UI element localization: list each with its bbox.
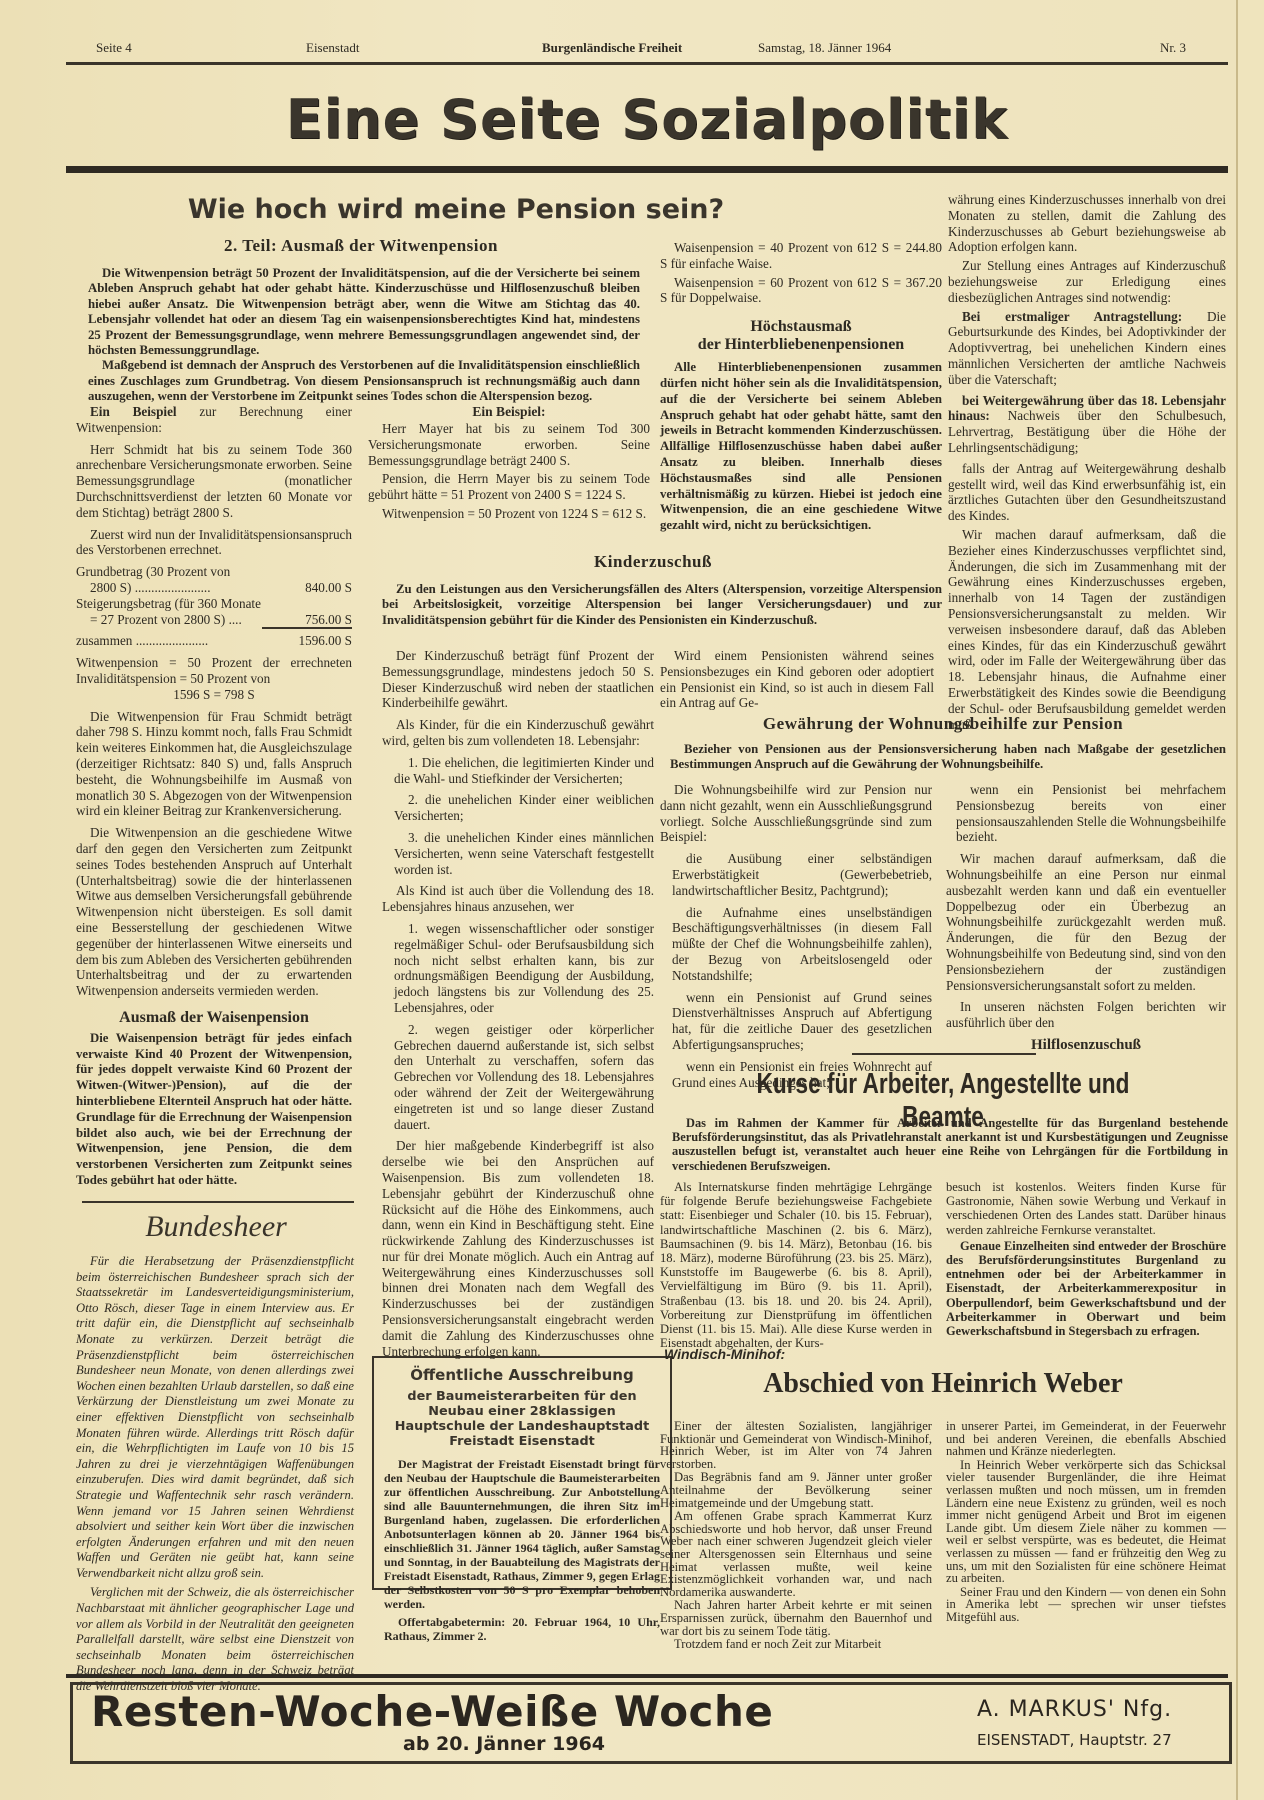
- masthead-rule: [66, 62, 1228, 65]
- wohnungsbeihilfe-lead: Bezieher von Pensionen aus der Pensionsv…: [670, 742, 1226, 773]
- kinderzuschuss-column-2: Wird einem Pensionisten während seines P…: [660, 648, 934, 717]
- pension-article-subtitle: 2. Teil: Ausmaß der Witwenpension: [96, 236, 626, 256]
- waisen-heading: Ausmaß der Waisenpension: [76, 1009, 352, 1027]
- wohnungsbeihilfe-heading: Gewährung der Wohnungsbeihilfe zur Pensi…: [660, 714, 1226, 734]
- section-divider: [82, 1201, 354, 1203]
- kinderzuschuss-heading: Kinderzuschuß: [368, 552, 938, 572]
- weber-kicker: Windisch-Minihof:: [664, 1346, 785, 1362]
- ad-top-rule: [66, 1674, 1228, 1678]
- bundesheer-heading: Bundesheer: [76, 1210, 356, 1244]
- wohnungsbeihilfe-column-1: Die Wohnungsbeihilfe wird zur Pension nu…: [660, 782, 932, 1096]
- weber-column-1: Einer der ältesten Sozialisten, langjähr…: [660, 1420, 932, 1651]
- pension-article-title: Wie hoch wird meine Pension sein?: [96, 194, 816, 225]
- masthead-date: Samstag, 18. Jänner 1964: [758, 40, 891, 56]
- page-number: Seite 4: [96, 40, 132, 56]
- kurse-lead: Das im Rahmen der Kammer für Arbeiter un…: [672, 1116, 1228, 1173]
- masthead-issue: Nr. 3: [1160, 40, 1186, 56]
- section-divider: [852, 1053, 1036, 1055]
- ad-shop-name: A. MARKUS' Nfg.: [977, 1697, 1172, 1722]
- ad-headline: Resten-Woche-Weiße Woche: [91, 1687, 773, 1736]
- kinderzuschuss-column-right: währung eines Kinderzuschusses innerhalb…: [948, 192, 1226, 738]
- kurse-column-2: besuch ist kostenlos. Weiters finden Kur…: [946, 1180, 1226, 1344]
- banner-rule: [66, 166, 1228, 173]
- weber-column-2: in unserer Partei, im Gemeinderat, in de…: [946, 1420, 1226, 1624]
- ad-date: ab 20. Jänner 1964: [403, 1733, 605, 1755]
- wohnungsbeihilfe-column-2: wenn ein Pensionist bei mehrfachem Pensi…: [946, 782, 1226, 1054]
- example2-continued: Waisenpension = 40 Prozent von 612 S = 2…: [660, 240, 942, 540]
- kurse-column-1: Als Internatskurse finden mehrtägige Leh…: [660, 1180, 932, 1356]
- example1-intro: Ein Beispiel zur Berechnung einer Witwen…: [76, 404, 352, 436]
- pension-column-1: Ein Beispiel zur Berechnung einer Witwen…: [76, 404, 352, 1195]
- public-tender-notice: Öffentliche Ausschreibung der Baumeister…: [372, 1356, 672, 1590]
- newspaper-page: Seite 4 Eisenstadt Burgenländische Freih…: [0, 0, 1238, 1800]
- advertisement: Resten-Woche-Weiße Woche ab 20. Jänner 1…: [70, 1682, 1232, 1764]
- example2: Ein Beispiel: Herr Mayer hat bis zu sein…: [368, 404, 650, 525]
- pension-lead: Die Witwenpension beträgt 50 Prozent der…: [88, 266, 640, 405]
- weber-heading: Abschied von Heinrich Weber: [660, 1368, 1226, 1400]
- kinderzuschuss-lead: Zu den Leistungen aus den Versicherungsf…: [382, 582, 942, 628]
- masthead-city: Eisenstadt: [306, 40, 359, 56]
- pension-calculation: Grundbetrag (30 Prozent von 2800 S) ....…: [76, 564, 352, 649]
- masthead-newspaper: Burgenländische Freiheit: [542, 40, 682, 56]
- page-banner: Eine Seite Sozialpolitik: [66, 88, 1228, 151]
- kinderzuschuss-column-1: Der Kinderzuschuß beträgt fünf Prozent d…: [382, 648, 654, 1365]
- bundesheer-body: Für die Herabsetzung der Präsenzdienstpf…: [76, 1254, 354, 1699]
- ad-address: EISENSTADT, Hauptstr. 27: [977, 1731, 1172, 1749]
- next-topic: Hilflosenzuschuß: [946, 1037, 1226, 1054]
